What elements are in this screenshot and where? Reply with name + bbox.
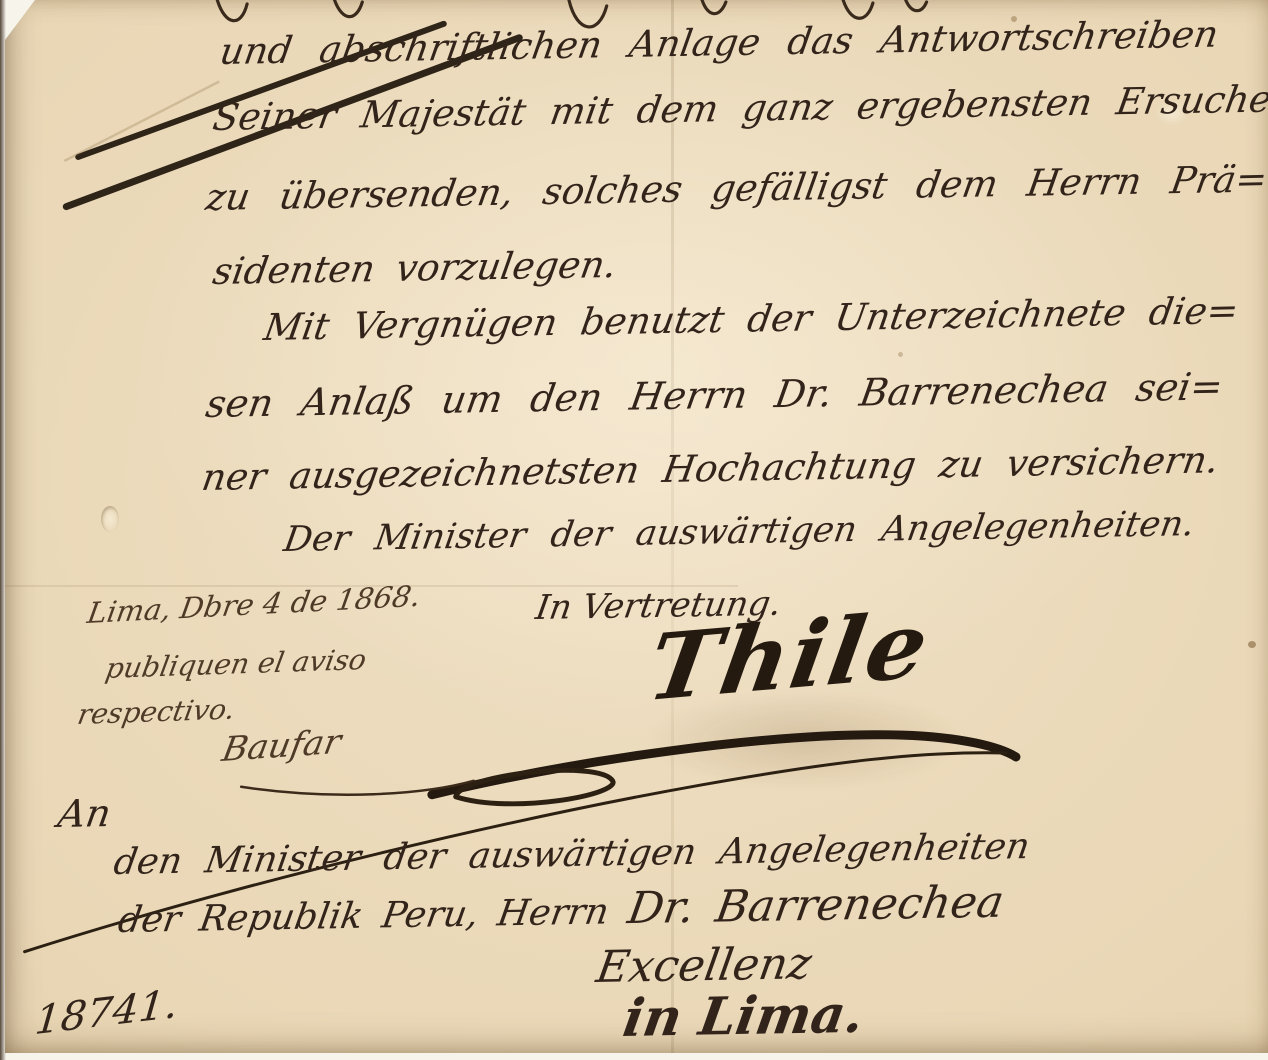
body-line: ner ausgezeichnetsten Hochachtung zu ver… [199, 438, 1222, 499]
foxing-spot [898, 352, 903, 357]
margin-rubric-signature: Baufar [219, 722, 344, 770]
address-salutation: An [55, 791, 114, 836]
crease-line [64, 81, 219, 160]
body-line: sidenten vorzulegen. [210, 243, 620, 293]
margin-order-line: respectivo. [75, 693, 238, 731]
address-city: in Lima. [619, 984, 868, 1049]
registry-number: 18741. [33, 981, 180, 1044]
body-line: zu übersenden, solches gefälligst dem He… [203, 158, 1268, 219]
foxing-spot [1248, 641, 1256, 648]
body-line: und abschriftlichen Anlage das Antwortsc… [217, 13, 1221, 73]
rubric-flourish-icon [241, 770, 613, 803]
letter-page: und abschriftlichen Anlage das Antwortsc… [5, 0, 1268, 1053]
address-line: der Republik Peru, Herrn Dr. Barrenechea [115, 877, 1007, 943]
body-line: sen Anlaß um den Herrn Dr. Barrenechea s… [203, 364, 1226, 426]
body-line: Der Minister der auswärtigen Angelegenhe… [281, 504, 1197, 560]
address-recipient-name: Dr. Barrenechea [624, 877, 1007, 935]
address-line: den Minister der auswärtigen Angelegenhe… [111, 826, 1033, 883]
body-line: Seiner Majestät mit dem ganz ergebensten… [210, 77, 1268, 139]
address-line-prefix: der Republik Peru, Herrn [115, 891, 611, 941]
scan-background: und abschriftlichen Anlage das Antwortsc… [0, 0, 1268, 1060]
margin-order-line: publiquen el aviso [103, 643, 369, 685]
body-line: Mit Vergnügen benutzt der Unterzeichnete… [261, 289, 1242, 349]
paper-flaw [101, 506, 119, 532]
